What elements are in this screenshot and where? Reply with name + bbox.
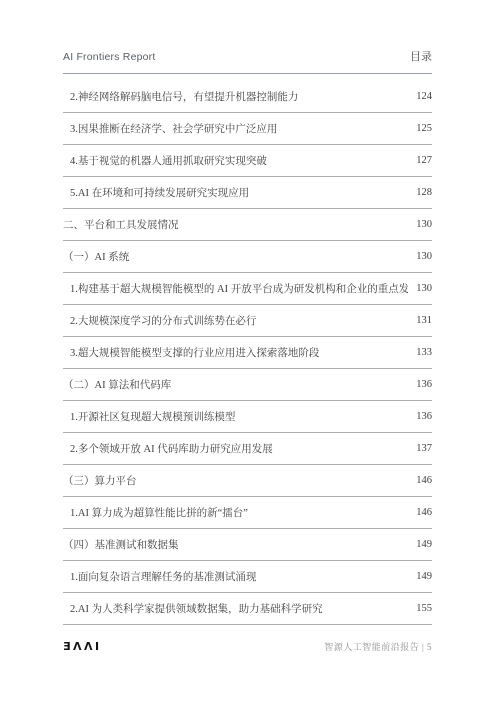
- toc-entry-page: 130: [416, 283, 432, 294]
- toc-entry-page: 155: [416, 603, 432, 614]
- toc-entry-label: （一）AI 系统: [63, 249, 408, 264]
- toc-entry-page: 131: [416, 315, 432, 326]
- toc-entry-label: 1.AI 算力成为超算性能比拼的新“擂台”: [63, 505, 408, 520]
- toc-row[interactable]: 1.面向复杂语言理解任务的基准测试涌现 149: [63, 561, 432, 593]
- toc-entry-label: 1.构建基于超大规模智能模型的 AI 开放平台成为研发机构和企业的重点发展思路: [63, 281, 408, 296]
- toc-heading: 目录: [410, 48, 432, 64]
- toc-entry-label: 2.大规模深度学习的分布式训练势在必行: [63, 313, 408, 328]
- toc-entry-label: 5.AI 在环境和可持续发展研究实现应用: [63, 185, 408, 200]
- toc-entry-label: 2.AI 为人类科学家提供领域数据集，助力基础科学研究: [63, 601, 408, 616]
- toc-row[interactable]: 1.AI 算力成为超算性能比拼的新“擂台” 146: [63, 497, 432, 529]
- toc-row[interactable]: 4.基于视觉的机器人通用抓取研究实现突破 127: [63, 145, 432, 177]
- page-footer: ƎΛΛI 智源人工智能前沿报告 | 5: [63, 640, 432, 653]
- toc-entry-page: 124: [416, 91, 432, 102]
- toc-row[interactable]: 2.AI 为人类科学家提供领域数据集，助力基础科学研究 155: [63, 593, 432, 625]
- toc-entry-label: 2.多个领域开放 AI 代码库助力研究应用发展: [63, 441, 408, 456]
- toc-row[interactable]: 5.AI 在环境和可持续发展研究实现应用 128: [63, 177, 432, 209]
- toc-entry-label: 4.基于视觉的机器人通用抓取研究实现突破: [63, 153, 408, 168]
- toc-row[interactable]: 二、平台和工具发展情况 130: [63, 209, 432, 241]
- toc-entry-page: 136: [416, 411, 432, 422]
- toc-row[interactable]: 1.构建基于超大规模智能模型的 AI 开放平台成为研发机构和企业的重点发展思路 …: [63, 273, 432, 305]
- toc-entry-label: （二）AI 算法和代码库: [63, 377, 408, 392]
- toc-row[interactable]: 2.多个领域开放 AI 代码库助力研究应用发展 137: [63, 433, 432, 465]
- toc-entry-page: 146: [416, 507, 432, 518]
- document-page: AI Frontiers Report 目录 2.神经网络解码脑电信号，有望提升…: [0, 0, 500, 708]
- footer-report-name: 智源人工智能前沿报告 | 5: [324, 640, 432, 653]
- toc-entry-page: 130: [416, 219, 432, 230]
- toc-row[interactable]: （二）AI 算法和代码库 136: [63, 369, 432, 401]
- toc-entry-page: 133: [416, 347, 432, 358]
- toc-row[interactable]: （一）AI 系统 130: [63, 241, 432, 273]
- toc-entry-page: 127: [416, 155, 432, 166]
- toc-entry-label: 1.面向复杂语言理解任务的基准测试涌现: [63, 569, 408, 584]
- toc-row[interactable]: 1.开源社区复现超大规模预训练模型 136: [63, 401, 432, 433]
- toc-entry-page: 125: [416, 123, 432, 134]
- toc-entry-label: （四）基准测试和数据集: [63, 537, 408, 552]
- toc-entry-label: 2.神经网络解码脑电信号，有望提升机器控制能力: [63, 89, 408, 104]
- baai-logo: ƎΛΛI: [63, 640, 102, 653]
- toc-entry-page: 130: [416, 251, 432, 262]
- toc-row[interactable]: （四）基准测试和数据集 149: [63, 529, 432, 561]
- toc-row[interactable]: 2.神经网络解码脑电信号，有望提升机器控制能力 124: [63, 81, 432, 113]
- toc-entry-label: 1.开源社区复现超大规模预训练模型: [63, 409, 408, 424]
- page-header: AI Frontiers Report 目录: [63, 48, 432, 74]
- toc-entry-page: 149: [416, 539, 432, 550]
- toc-entry-label: 3.超大规模智能模型支撑的行业应用进入探索落地阶段: [63, 345, 408, 360]
- report-title: AI Frontiers Report: [63, 51, 156, 63]
- toc-entry-label: 二、平台和工具发展情况: [63, 217, 408, 232]
- toc-entry-page: 146: [416, 475, 432, 486]
- toc-row[interactable]: 3.超大规模智能模型支撑的行业应用进入探索落地阶段 133: [63, 337, 432, 369]
- toc-entry-page: 149: [416, 571, 432, 582]
- toc-entry-page: 128: [416, 187, 432, 198]
- toc-row[interactable]: （三）算力平台 146: [63, 465, 432, 497]
- toc-entry-label: （三）算力平台: [63, 473, 408, 488]
- toc-entry-label: 3.因果推断在经济学、社会学研究中广泛应用: [63, 121, 408, 136]
- toc-entry-page: 136: [416, 379, 432, 390]
- toc-row[interactable]: 3.因果推断在经济学、社会学研究中广泛应用 125: [63, 113, 432, 145]
- toc-entry-page: 137: [416, 443, 432, 454]
- toc-list: 2.神经网络解码脑电信号，有望提升机器控制能力 124 3.因果推断在经济学、社…: [63, 81, 432, 625]
- toc-row[interactable]: 2.大规模深度学习的分布式训练势在必行 131: [63, 305, 432, 337]
